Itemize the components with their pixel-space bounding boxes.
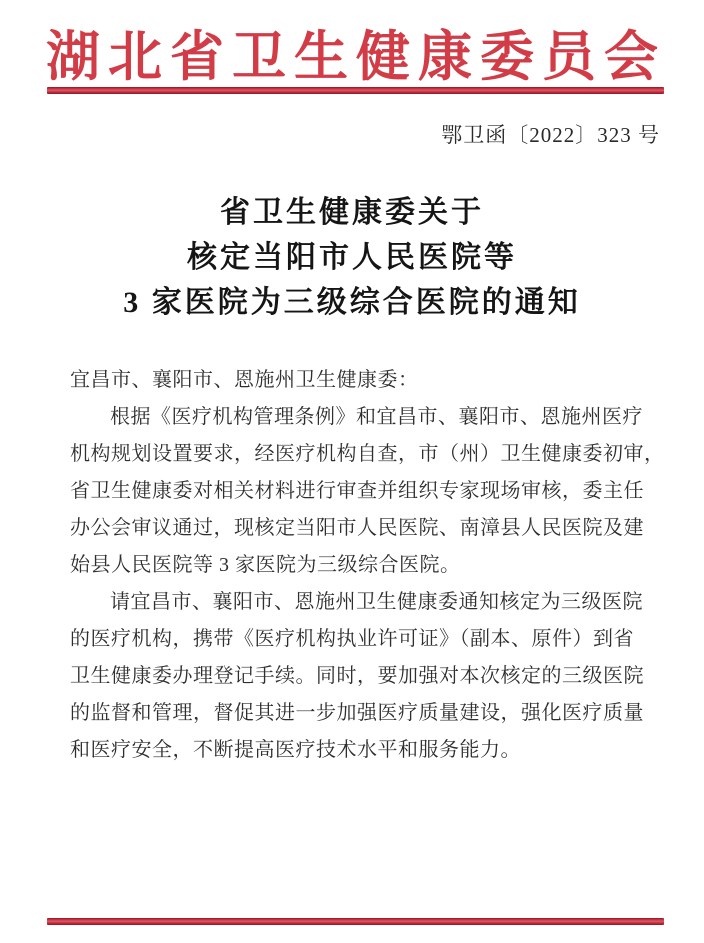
body-line: 请宜昌市、襄阳市、恩施州卫生健康委通知核定为三级医院 [70,584,650,621]
agency-title: 湖北省卫生健康委员会 [0,14,704,91]
body-line-salutation: 宜昌市、襄阳市、恩施州卫生健康委： [70,362,650,399]
notice-title-line-2: 核定当阳市人民医院等 [0,235,704,280]
header-red-divider [47,87,664,94]
body-line: 省卫生健康委对相关材料进行审查并组织专家现场审核，委主任 [70,473,650,510]
body-line: 的医疗机构，携带《医疗机构执业许可证》（副本、原件）到省 [70,621,650,658]
document-number: 鄂卫函〔2022〕323 号 [441,119,660,149]
notice-title-line-3: 3 家医院为三级综合医院的通知 [0,280,704,325]
footer-red-divider [47,918,664,925]
body-line: 办公会审议通过，现核定当阳市人民医院、南漳县人民医院及建 [70,510,650,547]
body-line: 和医疗安全，不断提高医疗技术水平和服务能力。 [70,732,650,769]
body-line: 始县人民医院等 3 家医院为三级综合医院。 [70,547,650,584]
notice-title-line-1: 省卫生健康委关于 [0,190,704,235]
notice-title: 省卫生健康委关于 核定当阳市人民医院等 3 家医院为三级综合医院的通知 [0,190,704,325]
body-line: 的监督和管理，督促其进一步加强医疗质量建设，强化医疗质量 [70,695,650,732]
body-line: 机构规划设置要求，经医疗机构自查，市（州）卫生健康委初审， [70,436,650,473]
body-line: 卫生健康委办理登记手续。同时，要加强对本次核定的三级医院 [70,658,650,695]
body-line: 根据《医疗机构管理条例》和宜昌市、襄阳市、恩施州医疗 [70,399,650,436]
official-letter-page: 湖北省卫生健康委员会 鄂卫函〔2022〕323 号 省卫生健康委关于 核定当阳市… [0,0,704,943]
notice-body: 宜昌市、襄阳市、恩施州卫生健康委： 根据《医疗机构管理条例》和宜昌市、襄阳市、恩… [70,362,650,769]
